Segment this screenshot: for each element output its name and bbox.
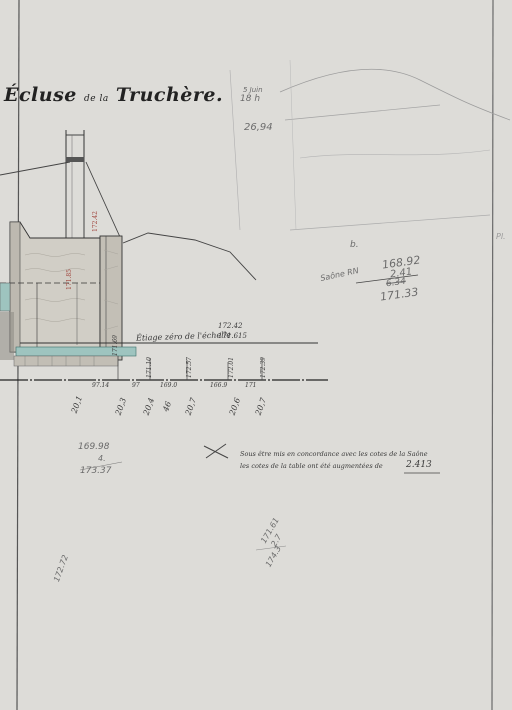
note-offset-value: 2.413 bbox=[406, 460, 432, 470]
elev-tick-1: 171.69 bbox=[112, 335, 119, 356]
ground-label-171: 171 bbox=[245, 382, 256, 389]
elev-tick-3: 172.57 bbox=[186, 357, 193, 378]
drawing-title: Écluse de la Truchère. bbox=[4, 84, 223, 106]
note-line-1: Sous être mis en concordance avec les co… bbox=[240, 450, 428, 458]
note-date: 5 Juin bbox=[243, 86, 263, 94]
note-line-2: les cotes de la table ont été augmentées… bbox=[240, 462, 383, 470]
elev-tick-5: 172.39 bbox=[260, 357, 267, 378]
red-label-1: 172.42 bbox=[92, 211, 99, 232]
drawing-sheet: Écluse de la Truchère. 5 Juin 18 h 26,94… bbox=[0, 0, 512, 710]
water-level-lower: 171.615 bbox=[218, 332, 247, 340]
sum-left-line1: 169.98 bbox=[78, 442, 110, 452]
ground-label-169: 169.0 bbox=[160, 382, 177, 389]
ground-label-166: 166.9 bbox=[210, 382, 227, 389]
margin-mark: Pl. bbox=[496, 232, 506, 241]
red-label-2: 171.85 bbox=[66, 269, 73, 290]
ground-label-97-14: 97.14 bbox=[92, 382, 109, 389]
section-drawing bbox=[0, 0, 512, 710]
sum-left-line2: 4. bbox=[98, 454, 106, 463]
right-frame-line bbox=[492, 0, 493, 710]
sum-right-mark: b. bbox=[350, 240, 359, 250]
note-value: 26,94 bbox=[244, 122, 273, 133]
elev-tick-2: 171.10 bbox=[146, 357, 153, 378]
water-level-upper: 172.42 bbox=[218, 322, 243, 330]
title-name: Truchère. bbox=[116, 84, 223, 106]
title-prefix: Écluse bbox=[4, 84, 77, 106]
elev-tick-4: 172.01 bbox=[228, 357, 235, 378]
title-connector: de la bbox=[84, 94, 109, 104]
ground-label-97: 97 bbox=[132, 382, 140, 389]
note-hour: 18 h bbox=[240, 94, 260, 104]
sum-left-result: 173.37 bbox=[80, 466, 112, 476]
